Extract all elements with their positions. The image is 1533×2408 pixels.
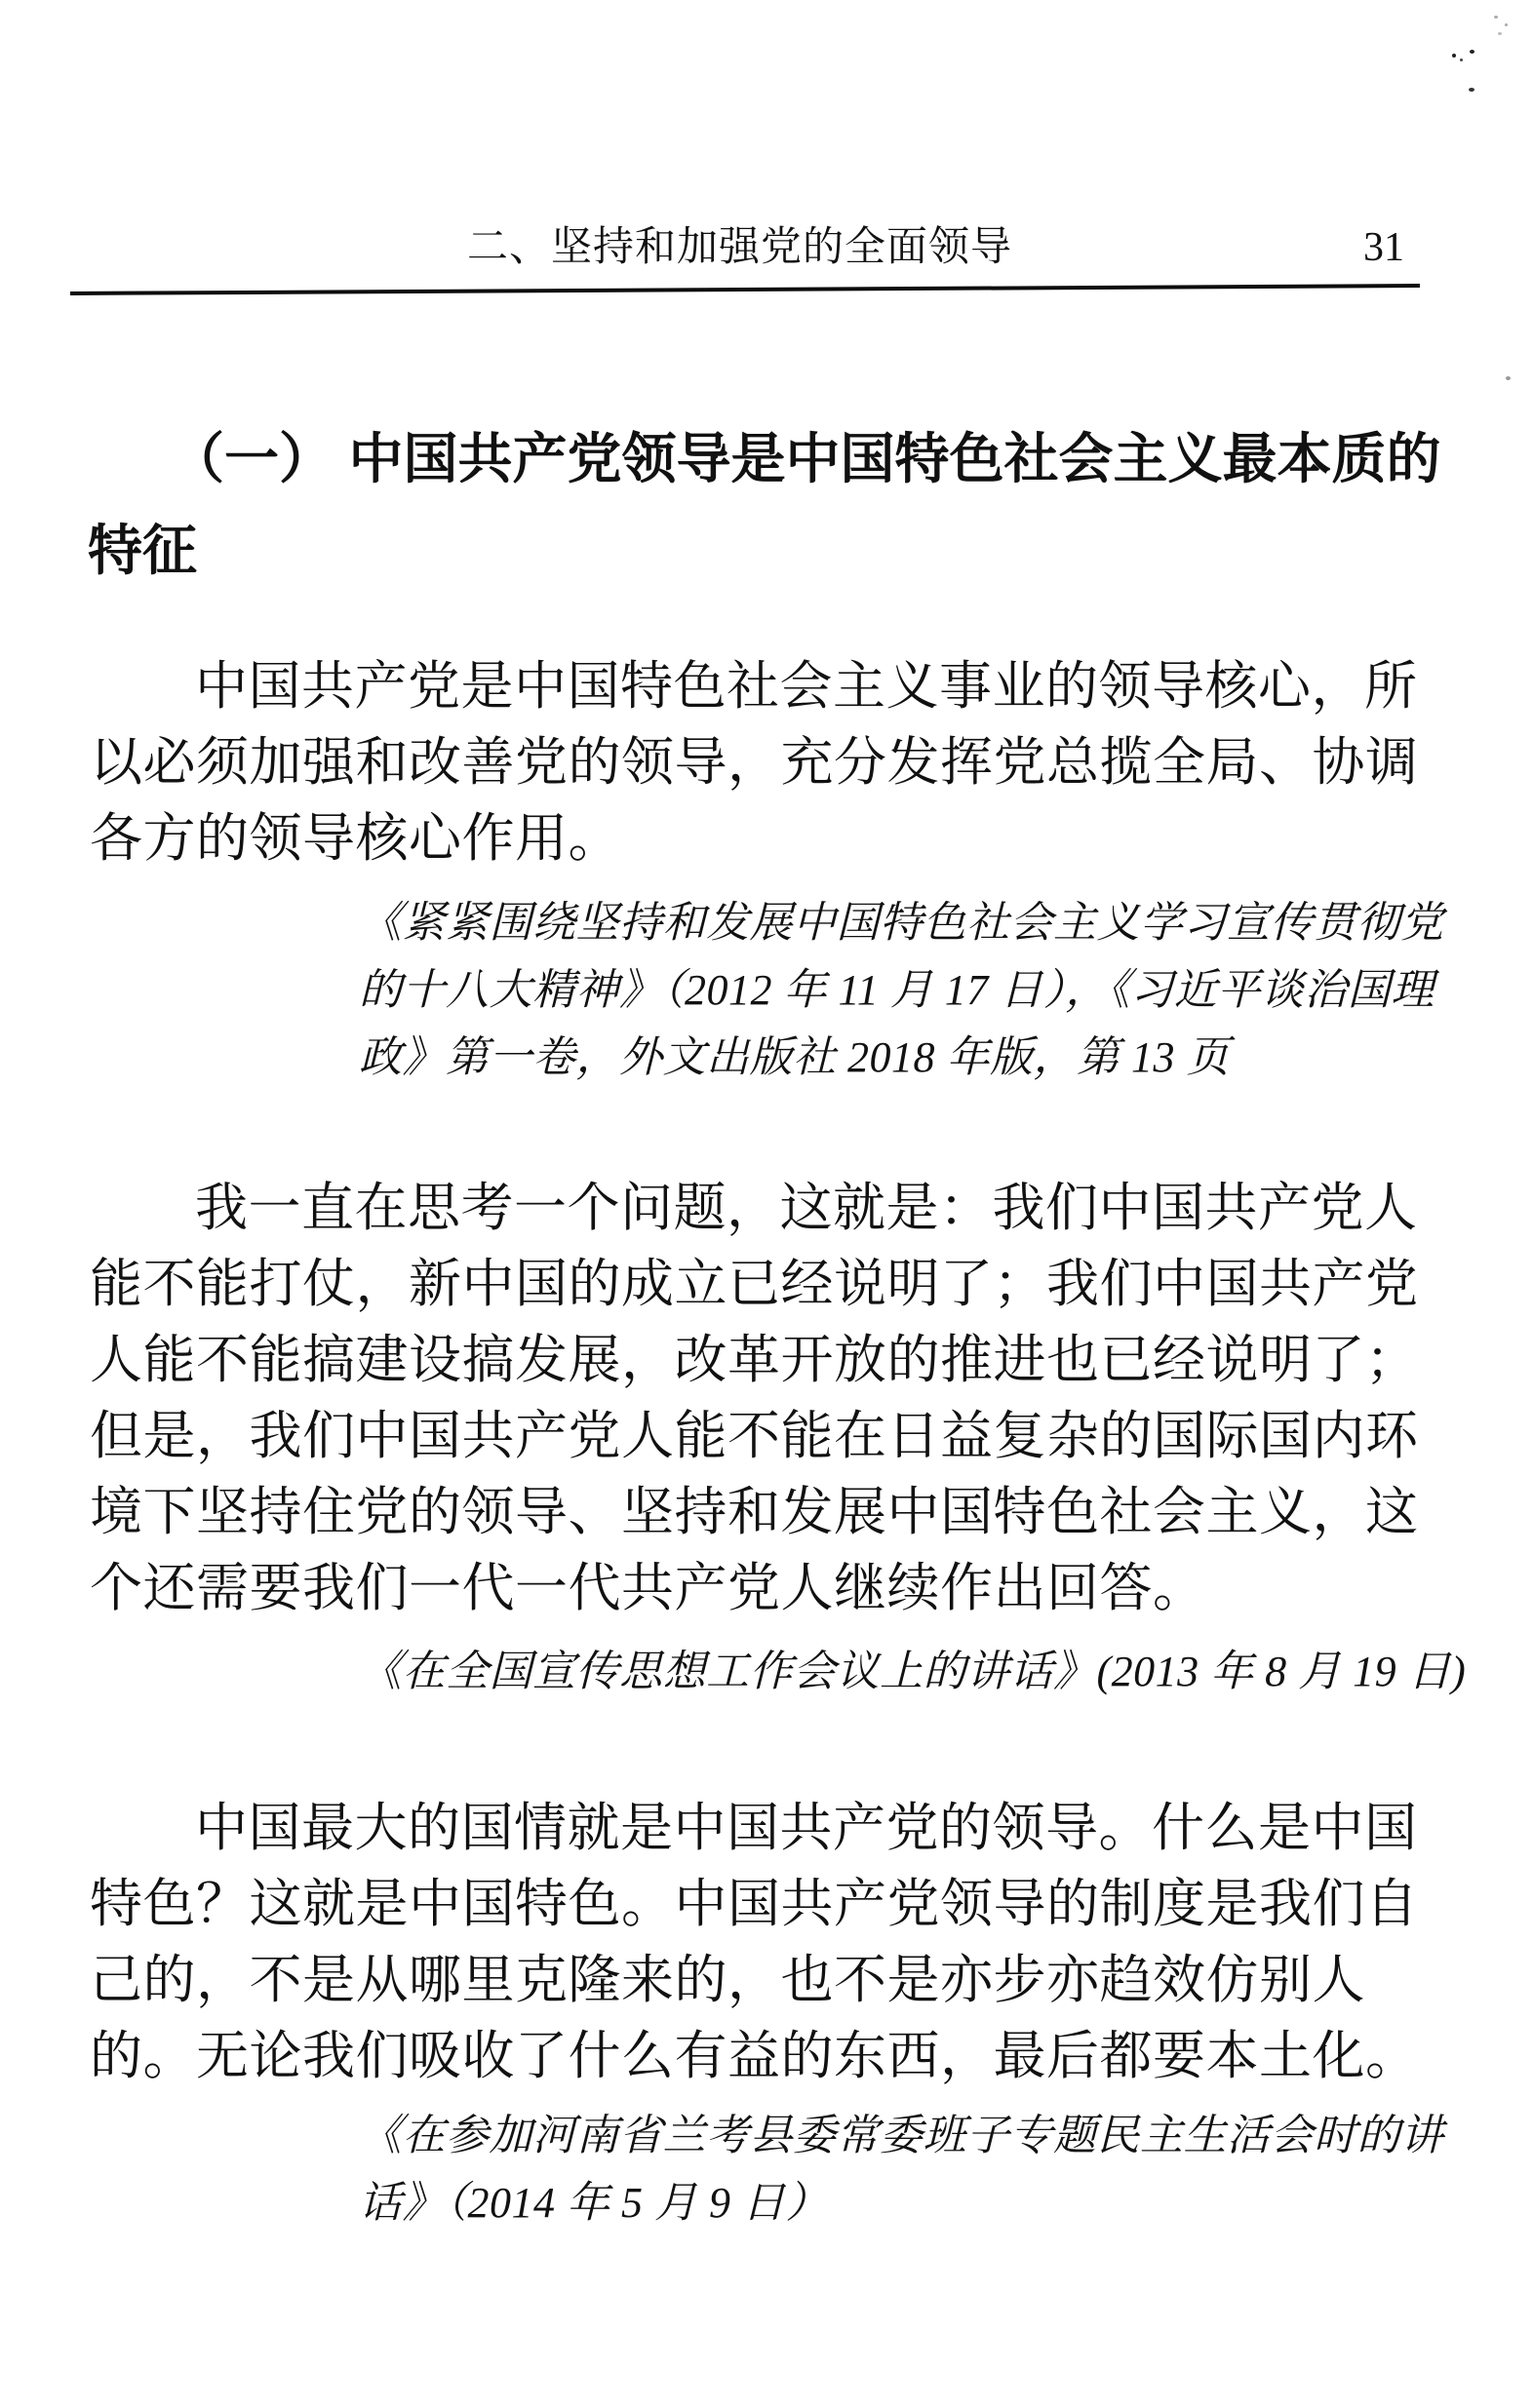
citation-3: 《在参加河南省兰考县委常委班子专题民主生活会时的讲 话》（2014 年 5 月 …	[359, 2102, 1480, 2236]
scan-speck	[1498, 32, 1502, 35]
scan-speck	[1470, 50, 1474, 54]
scan-speck	[1494, 16, 1498, 19]
running-header-title: 二、坚持和加强党的全面领导	[0, 220, 1533, 275]
header-rule	[70, 284, 1420, 295]
paragraph-1: 中国共产党是中国特色社会主义事业的领导核心，所 以必须加强和改善党的领导，充分发…	[90, 648, 1474, 876]
page-number: 31	[1363, 222, 1404, 273]
citation-1: 《紧紧围绕坚持和发展中国特色社会主义学习宣传贯彻党 的十八大精神》（2012 年…	[359, 889, 1480, 1091]
paragraph-2: 我一直在思考一个问题，这就是：我们中国共产党人 能不能打仗，新中国的成立已经说明…	[90, 1170, 1474, 1626]
book-page: 二、坚持和加强党的全面领导 31 （一） 中国共产党领导是中国特色社会主义最本质…	[0, 0, 1533, 2408]
section-heading: （一） 中国共产党领导是中国特色社会主义最本质的 特征	[88, 413, 1453, 597]
scan-speck	[1452, 54, 1456, 58]
scan-speck	[1505, 23, 1508, 26]
scan-speck	[1506, 376, 1511, 380]
scan-speck	[1460, 58, 1463, 61]
scan-speck	[1469, 88, 1474, 92]
citation-2: 《在全国宣传思想工作会议上的讲话》(2013 年 8 月 19 日)	[359, 1638, 1480, 1705]
paragraph-3: 中国最大的国情就是中国共产党的领导。什么是中国 特色？这就是中国特色。中国共产党…	[90, 1790, 1474, 2094]
